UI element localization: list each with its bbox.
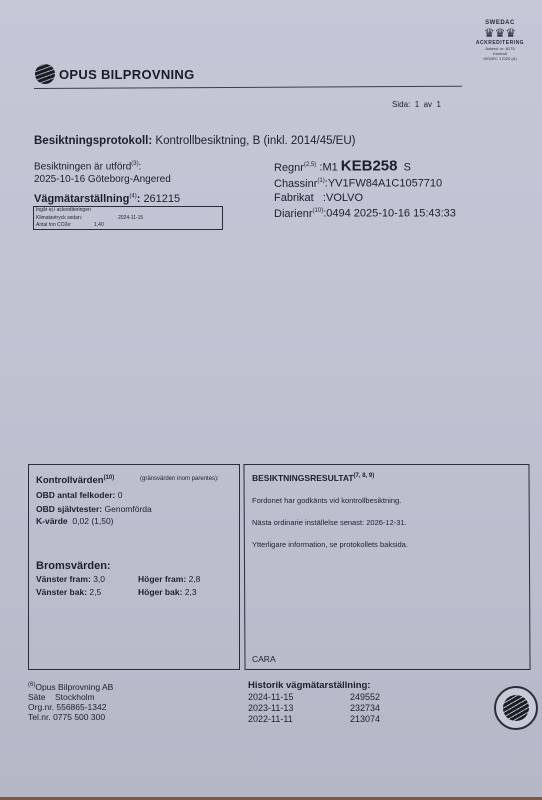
opus-logo: OPUS BILPROVNING [35,64,195,84]
history-row: 2023-11-13232734 [248,703,380,714]
company-phone: 0775 500 300 [53,712,105,722]
globe-icon [503,695,529,721]
chassis-label: Chassinr [274,178,317,192]
brakes-heading: Bromsvärden: [36,560,111,572]
result-line-next-inspection: Nästa ordinarie inställelse senast: 2026… [252,518,407,527]
left-rear-brake: Vänster bak: 2,5 [36,587,101,597]
protocol-paper [0,0,542,797]
climate-box: Ingår ej i ackrediteringen Klimatavtryck… [33,206,223,230]
chassis-ref: (1) [317,178,324,184]
page-total: 1 [437,100,441,109]
performed-value: 2025-10-16 Göteborg-Angered [34,173,171,186]
logo-text: OPUS BILPROVNING [59,67,195,82]
performed-ref: (3) [131,161,138,167]
swedac-stamp: SWEDAC ♛♛♛ ACKREDITERING Ackred. nr. 817… [470,20,530,88]
result-heading: BESIKTNINGSRESULTAT(7, 8, 9) [252,473,374,483]
chassis-value: YV1FW84A1C1057710 [328,178,442,190]
odometer-label: Vägmätarställning [34,193,129,205]
inspector-signature: CARA [252,654,276,664]
diary-label: Diarienr [274,208,313,222]
title-value: Kontrollbesiktning, B (inkl. 2014/45/EU) [155,135,355,147]
page-of-label: av [424,100,432,109]
odometer-ref: (4) [129,193,136,199]
right-front-brake: Höger fram: 2,8 [138,574,200,584]
co2-value: 1,40 [94,222,104,230]
limit-note: (gränsvärden inom parentes): [140,476,219,482]
company-name: Opus Bilprovning AB [35,682,113,692]
history-row: 2024-11-15249552 [248,692,380,703]
make-value: VOLVO [326,192,363,204]
company-address: (6)Opus Bilprovning AB Säte Stockholm Or… [28,680,113,723]
odometer-history: 2024-11-15249552 2023-11-13232734 2022-1… [248,692,380,724]
climate-label: Klimatavtryck sedan: [36,215,82,221]
obd-selftest: OBD självtester: Genomförda [36,504,152,514]
page-indicator: Sida: 1 av 1 [392,100,441,109]
page-current: 1 [415,100,419,109]
regnr-value: KEB258 [341,158,398,175]
regnr-label: Regnr [274,162,304,176]
diary-ref: (10) [313,208,324,214]
result-line-more-info: Ytterligare information, se protokollets… [252,540,408,549]
regnr-row: Regnr(2,5) :M1 KEB258 S [274,159,456,175]
k-value: K-värde 0,02 (1,50) [36,516,114,526]
diary-value: 0494 2025-10-16 15:43:33 [326,208,456,220]
co2-label: Antal ton CO2e: [36,222,72,228]
climate-note: Ingår ej i ackrediteringen [36,207,220,215]
page-label: Sida: [392,100,410,109]
swedac-line3: ISO/IEC 17020 (A) [470,56,530,61]
obd-faults: OBD antal felkoder: 0 [36,490,122,500]
protocol-title: Besiktningsprotokoll: Kontrollbesiktning… [34,135,355,147]
result-box [243,464,530,670]
performed-block: Besiktningen är utförd(3): 2025-10-16 Gö… [34,158,171,186]
odometer-reading: Vägmätarställning(4): 261215 [34,193,180,205]
regnr-suffix: S [404,162,411,174]
right-rear-brake: Höger bak: 2,3 [138,587,197,597]
vehicle-info: Regnr(2,5) :M1 KEB258 S Chassinr(1):YV1F… [274,159,456,221]
climate-date: 2024-11-15 [118,215,143,223]
odometer-history-heading: Historik vägmätarställning: [248,680,370,691]
performed-label: Besiktningen är utförd [34,161,131,172]
company-seat: Stockholm [55,692,95,702]
globe-icon [35,64,55,84]
odometer-value: 261215 [143,193,180,205]
chassis-row: Chassinr(1):YV1FW84A1C1057710 [274,175,456,191]
history-row: 2022-11-11213074 [248,714,380,725]
make-label: Fabrikat [274,192,314,206]
regnr-ref: (2,5) [304,162,316,168]
make-row: Fabrikat :VOLVO [274,192,456,206]
left-front-brake: Vänster fram: 3,0 [36,574,105,584]
three-crowns-icon: ♛♛♛ [470,26,530,40]
regnr-prefix: M1 [322,162,337,174]
company-org-nr: 556865-1342 [56,702,106,712]
title-label: Besiktningsprotokoll: [34,135,152,147]
diary-row: Diarienr(10):0494 2025-10-16 15:43:33 [274,205,456,221]
control-values-heading: Kontrollvärden(10) [36,475,114,486]
trade-association-seal-icon [494,686,538,730]
result-line-approved: Fordonet har godkänts vid kontrollbesikt… [252,496,401,505]
